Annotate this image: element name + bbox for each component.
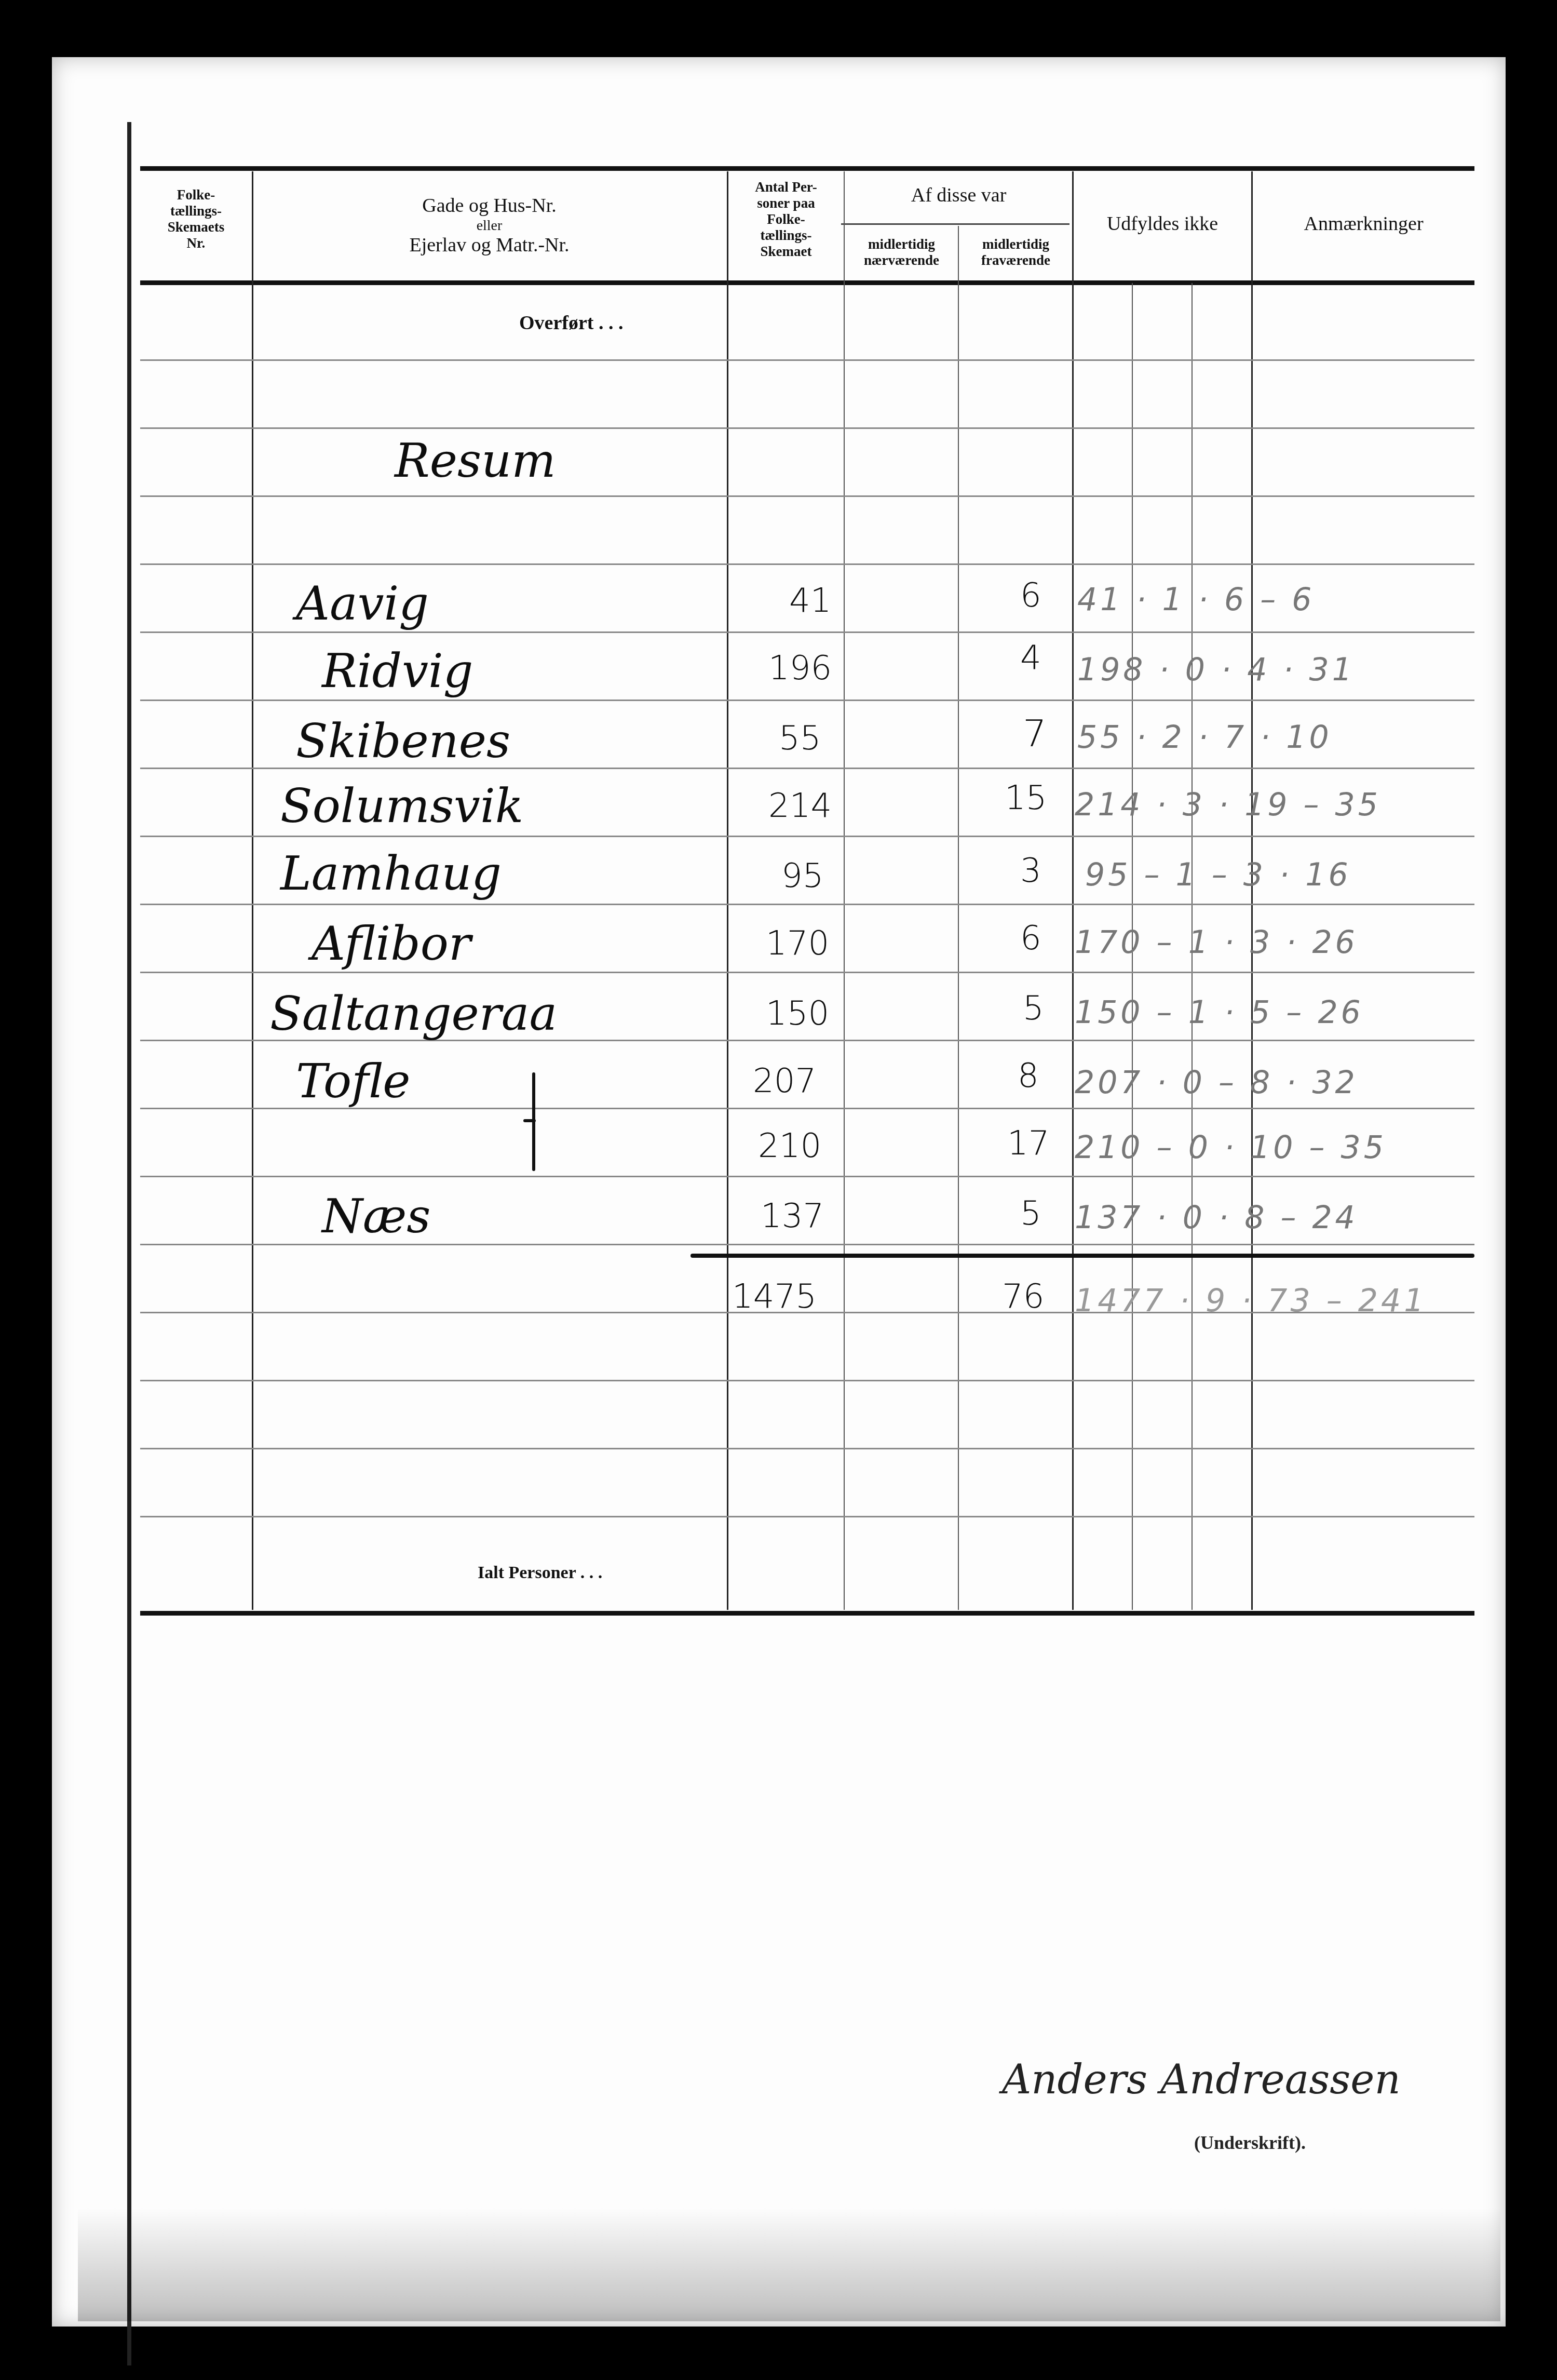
- header-text: Folke-: [728, 211, 844, 227]
- header-naervaerende: midlertidig nærværende: [845, 236, 958, 268]
- col-divider-5: [1072, 171, 1074, 1610]
- page-bottom-smudge: [78, 2207, 1500, 2321]
- census-summary-table: Folke- tællings- Skemaets Nr. Gade og Hu…: [140, 166, 1474, 1620]
- pencil-note: 55 · 2 · 7 · 10: [1077, 719, 1332, 756]
- antal-value: 41: [789, 582, 831, 620]
- header-text: Nr.: [140, 235, 252, 251]
- table-bottom-rule: [140, 1611, 1474, 1616]
- place-name: Aavig: [296, 576, 429, 631]
- place-name: Aflibor: [312, 917, 471, 971]
- place-name: Solumsvik: [280, 779, 523, 833]
- header-text: eller: [252, 218, 727, 234]
- header-udfyldes-ikke: Udfyldes ikke: [1074, 213, 1251, 236]
- pencil-note: 207 · 0 – 8 · 32: [1075, 1065, 1358, 1101]
- antal-value: 196: [768, 649, 832, 688]
- header-text: Skemaets: [140, 219, 252, 235]
- fravaerende-value: 6: [1020, 576, 1041, 615]
- antal-value: 170: [766, 924, 829, 963]
- header-anmaerkninger: Anmærkninger: [1253, 213, 1474, 236]
- pencil-note: 41 · 1 · 6 – 6: [1077, 582, 1315, 618]
- fravaerende-value: 15: [1005, 779, 1047, 817]
- row-rule: [140, 427, 1474, 429]
- row-rule: [140, 495, 1474, 497]
- pencil-note: 170 – 1 · 3 · 26: [1075, 924, 1358, 961]
- fravaerende-value: 5: [1020, 1194, 1041, 1233]
- sum-underline: [691, 1254, 1474, 1258]
- signature-caption: (Underskrift).: [1194, 2132, 1306, 2154]
- row-rule: [140, 972, 1474, 973]
- col-divider-4: [958, 226, 959, 1610]
- header-text: nærværende: [845, 252, 958, 268]
- table-top-rule: [140, 166, 1474, 171]
- ialt-personer-label: Ialt Personer . . .: [478, 1563, 602, 1583]
- row-rule: [140, 836, 1474, 837]
- antal-value: 137: [761, 1197, 824, 1235]
- overfort-label: Overført . . .: [519, 312, 623, 334]
- antal-value: 210: [758, 1127, 821, 1165]
- header-gade: Gade og Hus-Nr. eller Ejerlav og Matr.-N…: [252, 195, 727, 257]
- total-fravaerende: 76: [1002, 1278, 1044, 1316]
- fravaerende-value: 3: [1020, 852, 1041, 890]
- header-text: Folke-: [140, 187, 252, 203]
- header-fravaerende: midlertidig fraværende: [959, 236, 1072, 268]
- place-name: Tofle: [296, 1054, 411, 1109]
- header-skema-nr: Folke- tællings- Skemaets Nr.: [140, 187, 252, 251]
- row-rule: [140, 1516, 1474, 1517]
- place-name: Ridvig: [322, 644, 473, 698]
- total-antal: 1475: [732, 1278, 817, 1316]
- row-rule: [140, 1244, 1474, 1245]
- signature: Anders Andreassen: [1002, 2056, 1401, 2103]
- header-text: Skemaet: [728, 244, 844, 260]
- grouping-brace-tick: [523, 1119, 536, 1122]
- pencil-note: 198 · 0 · 4 · 31: [1077, 652, 1355, 688]
- header-text: midlertidig: [845, 236, 958, 252]
- pencil-note: 214 · 3 · 19 – 35: [1075, 787, 1381, 823]
- row-rule: [140, 1448, 1474, 1449]
- fravaerende-value: 6: [1020, 919, 1041, 958]
- row-rule: [140, 359, 1474, 361]
- header-af-disse-var: Af disse var: [845, 184, 1072, 207]
- antal-value: 95: [781, 857, 823, 895]
- fravaerende-value: 17: [1007, 1124, 1049, 1163]
- header-text: Gade og Hus-Nr.: [252, 195, 727, 218]
- place-name: Saltangeraa: [270, 987, 557, 1041]
- antal-value: 214: [768, 787, 832, 825]
- row-rule: [140, 563, 1474, 565]
- header-text: soner paa: [728, 195, 844, 211]
- col-divider-1: [252, 171, 253, 1610]
- pencil-note: 150 – 1 · 5 – 26: [1075, 994, 1364, 1031]
- row-rule: [140, 1380, 1474, 1381]
- header-text: tællings-: [140, 203, 252, 219]
- row-rule: [140, 1176, 1474, 1177]
- place-name: Skibenes: [296, 714, 510, 769]
- fravaerende-value: 7: [1023, 711, 1047, 755]
- header-text: Ejerlav og Matr.-Nr.: [252, 234, 727, 257]
- antal-value: 150: [766, 994, 829, 1033]
- resume-heading: Resum: [395, 434, 556, 488]
- antal-value: 55: [779, 719, 821, 758]
- af-disse-var-divider: [841, 223, 1069, 225]
- pencil-note: 137 · 0 · 8 – 24: [1075, 1200, 1358, 1236]
- col-divider-2: [727, 171, 728, 1610]
- row-rule: [140, 631, 1474, 633]
- header-text: fraværende: [959, 252, 1072, 268]
- header-text: midlertidig: [959, 236, 1072, 252]
- col-divider-3: [844, 171, 845, 1610]
- fravaerende-value: 8: [1018, 1057, 1039, 1095]
- antal-value: 207: [753, 1062, 816, 1100]
- row-rule: [140, 700, 1474, 701]
- header-antal-personer: Antal Per- soner paa Folke- tællings- Sk…: [728, 179, 844, 260]
- pencil-note: 95 – 1 – 3 · 16: [1085, 857, 1351, 893]
- place-name: Næs: [322, 1189, 431, 1244]
- fravaerende-value: 4: [1020, 639, 1041, 677]
- total-pencil-note: 1477 · 9 · 73 – 241: [1075, 1283, 1427, 1319]
- header-text: Antal Per-: [728, 179, 844, 195]
- pencil-note: 210 – 0 · 10 – 35: [1075, 1130, 1387, 1166]
- header-bottom-rule: [140, 280, 1474, 285]
- page-edge-line: [127, 122, 131, 2365]
- fravaerende-value: 5: [1023, 989, 1044, 1028]
- row-rule: [140, 904, 1474, 905]
- header-text: tællings-: [728, 227, 844, 244]
- place-name: Lamhaug: [280, 846, 502, 901]
